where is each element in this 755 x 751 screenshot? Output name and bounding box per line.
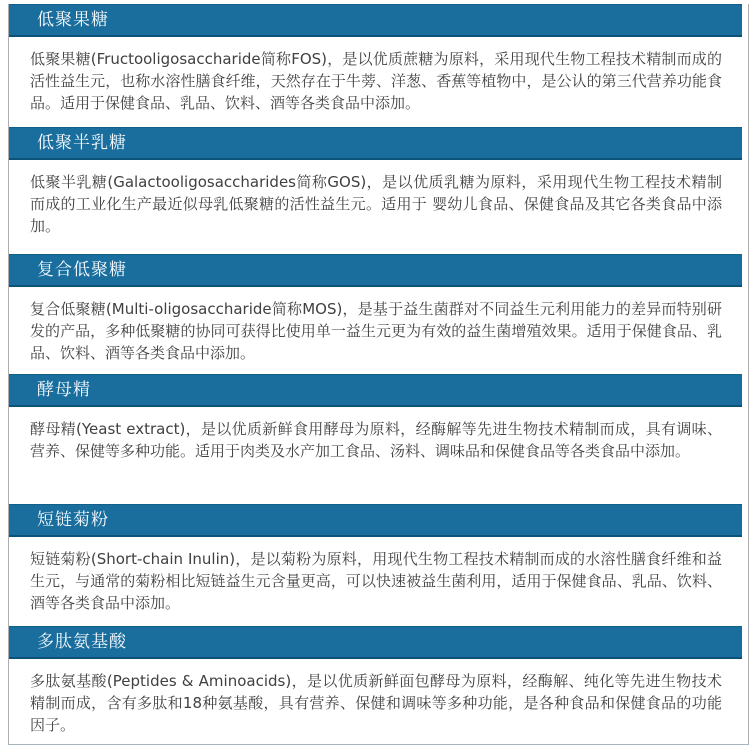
section-body-text: 低聚果糖(Fructooligosaccharide简称FOS)，是以优质蔗糖为… xyxy=(30,48,722,114)
section-title: 短链菊粉 xyxy=(37,512,109,529)
section-body: 酵母精(Yeast extract)，是以优质新鲜食用酵母为原料，经酶解等先进生… xyxy=(9,407,748,504)
section-body-text: 酵母精(Yeast extract)，是以优质新鲜食用酵母为原料，经酶解等先进生… xyxy=(30,418,722,462)
section-multi-oligosaccharide: 复合低聚糖 复合低聚糖(Multi-oligosaccharide简称MOS)，… xyxy=(9,254,748,374)
section-title: 多肽氨基酸 xyxy=(37,634,127,651)
section-body-text: 短链菊粉(Short-chain Inulin)，是以菊粉为原料，用现代生物工程… xyxy=(30,548,722,614)
section-yeast-extract: 酵母精 酵母精(Yeast extract)，是以优质新鲜食用酵母为原料，经酶解… xyxy=(9,374,748,504)
section-short-chain-inulin: 短链菊粉 短链菊粉(Short-chain Inulin)，是以菊粉为原料，用现… xyxy=(9,504,748,626)
product-sections-container: 低聚果糖 低聚果糖(Fructooligosaccharide简称FOS)，是以… xyxy=(8,4,749,745)
section-title: 低聚半乳糖 xyxy=(37,135,127,152)
section-body: 低聚半乳糖(Galactooligosaccharides简称GOS)，是以优质… xyxy=(9,160,748,254)
section-header-bar: 酵母精 xyxy=(9,374,742,407)
section-body: 低聚果糖(Fructooligosaccharide简称FOS)，是以优质蔗糖为… xyxy=(9,37,748,127)
section-galactooligosaccharides: 低聚半乳糖 低聚半乳糖(Galactooligosaccharides简称GOS… xyxy=(9,127,748,254)
section-header-bar: 短链菊粉 xyxy=(9,504,742,537)
section-fructooligosaccharide: 低聚果糖 低聚果糖(Fructooligosaccharide简称FOS)，是以… xyxy=(9,4,748,127)
section-body-text: 复合低聚糖(Multi-oligosaccharide简称MOS)，是基于益生菌… xyxy=(30,298,722,364)
section-title: 低聚果糖 xyxy=(37,12,109,29)
section-body-text: 低聚半乳糖(Galactooligosaccharides简称GOS)，是以优质… xyxy=(30,171,722,237)
section-header-bar: 低聚果糖 xyxy=(9,4,742,37)
section-body: 多肽氨基酸(Peptides & Aminoacids)，是以优质新鲜面包酵母为… xyxy=(9,659,748,744)
section-header-bar: 多肽氨基酸 xyxy=(9,626,742,659)
section-body: 短链菊粉(Short-chain Inulin)，是以菊粉为原料，用现代生物工程… xyxy=(9,537,748,626)
section-body: 复合低聚糖(Multi-oligosaccharide简称MOS)，是基于益生菌… xyxy=(9,287,748,374)
section-title: 酵母精 xyxy=(37,382,91,399)
product-info-page: 低聚果糖 低聚果糖(Fructooligosaccharide简称FOS)，是以… xyxy=(0,4,755,745)
section-header-bar: 低聚半乳糖 xyxy=(9,127,742,160)
section-header-bar: 复合低聚糖 xyxy=(9,254,742,287)
section-peptides-aminoacids: 多肽氨基酸 多肽氨基酸(Peptides & Aminoacids)，是以优质新… xyxy=(9,626,748,744)
section-title: 复合低聚糖 xyxy=(37,262,127,279)
section-body-text: 多肽氨基酸(Peptides & Aminoacids)，是以优质新鲜面包酵母为… xyxy=(30,670,722,736)
